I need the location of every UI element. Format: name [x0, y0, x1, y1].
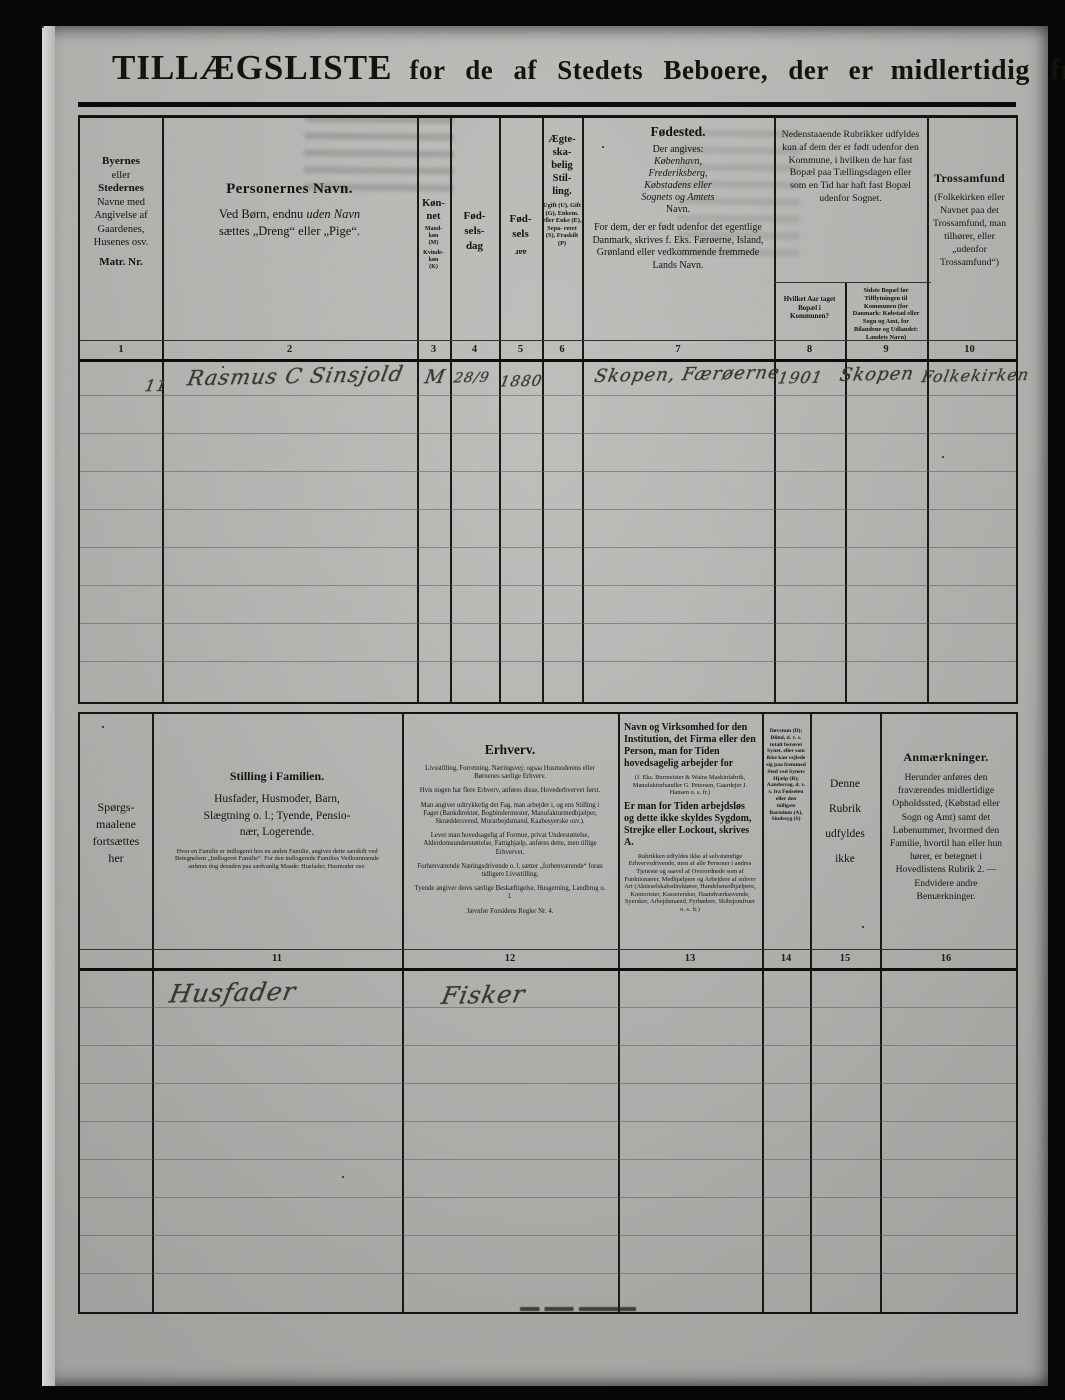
- col5-aar-rotated: aar: [515, 248, 527, 257]
- col8-subheader: Hvilket Aar taget Bopæl i Kommunen?: [774, 295, 845, 321]
- entry-name: Rasmus C Sinsjold: [185, 362, 405, 390]
- col13-paragraph: Er man for Tiden arbejdsløs og dette ikk…: [624, 801, 756, 849]
- col7-line: København,: [582, 156, 774, 168]
- entry-matr-nr: 11: [143, 376, 169, 395]
- col14-header: Døvstum (D); Blind, d. v. s. totalt berø…: [762, 728, 810, 823]
- col-number: 2: [162, 340, 417, 359]
- col12-paragraph: Lever man hovedsagelig af Formue, privat…: [414, 832, 606, 857]
- col3-sub: (K): [417, 264, 450, 271]
- col2-title: Personernes Navn.: [162, 181, 417, 198]
- col-number: 13: [618, 949, 762, 968]
- col7-line: Købstadens eller: [582, 180, 774, 192]
- column-numbers: 11 12 13 14 15 16: [80, 949, 1016, 968]
- page-title-mid: for de af Stedets Beboere, der er: [409, 55, 873, 85]
- col11-line: Slægtning o. l.; Tyende, Pensio-: [152, 808, 402, 825]
- col-number: 7: [582, 340, 774, 359]
- col-number: 11: [152, 949, 402, 968]
- col6-title: ling.: [542, 185, 582, 198]
- col-number: 14: [762, 949, 810, 968]
- col-number: 1: [80, 340, 162, 359]
- col13-paragraph: Navn og Virksomhed for den Institution, …: [624, 722, 756, 770]
- col12-paragraph: Man angiver udtrykkelig det Fag, man arb…: [414, 802, 606, 827]
- main-table: Byernes eller Stedernes Navne med Angive…: [78, 115, 1018, 704]
- col7-line: Frederiksberg,: [582, 168, 774, 180]
- col-number: 8: [774, 340, 845, 359]
- page-title-tail: midlertidig fraværende.: [891, 55, 1065, 86]
- col15-line: ikke: [810, 847, 880, 872]
- col10-header: Trossamfund (Folkekirken eller Navnet pa…: [927, 171, 1012, 269]
- col6-title: ska-: [542, 146, 582, 159]
- col7-title: Fødested.: [582, 124, 774, 140]
- col6-sub: Ugift (U), Gift (G), Enkem. eller Enke (…: [542, 202, 582, 248]
- col3-sub: køn: [417, 257, 450, 264]
- col11-title: Stilling i Familien.: [152, 769, 402, 784]
- col13-paragraph: (f. Eks. Burmeister & Wains Maskinfabrik…: [624, 774, 756, 797]
- col7-header: Fødested. Der angives: København, Freder…: [582, 124, 774, 272]
- col3-header: Køn- net Mand- køn (M) Kvinde- køn (K): [417, 197, 450, 271]
- col12-header: Erhverv. Livsstilling, Forretning, Nærin…: [402, 742, 618, 922]
- col5-header: Fød- sels aar: [499, 212, 542, 260]
- col1-line: eller: [80, 169, 162, 183]
- col9-subheader: Sidste Bopæl før Tilflytningen til Kommu…: [847, 287, 925, 342]
- col1-line: Gaardenes,: [80, 223, 162, 237]
- entry-birthday: 28/9: [452, 370, 491, 387]
- label-line: Spørgs-: [80, 799, 152, 816]
- col5-title: sels: [499, 227, 542, 242]
- col1-line: Husenes osv.: [80, 236, 162, 250]
- col-number-blank: [80, 949, 152, 968]
- continuation-table: Spørgs- maalene fortsættes her Stilling …: [78, 712, 1018, 1314]
- col2-subline: Ved Børn, endnu uden Navn: [162, 206, 417, 223]
- col2-subline-part: Ved Børn, endnu: [219, 207, 307, 221]
- entry-last-residence: Skopen: [838, 363, 916, 386]
- col10-sub: (Folkekirken eller Navnet paa det Trossa…: [927, 191, 1012, 269]
- col-number: 6: [542, 340, 582, 359]
- col16-title: Anmærkninger.: [889, 750, 1003, 765]
- col1-line: Matr. Nr.: [80, 256, 162, 270]
- group-8-9-split: [774, 282, 931, 283]
- col4-header: Fød- sels- dag: [450, 209, 499, 254]
- col16-header: Anmærkninger. Herunder anføres den fravæ…: [880, 750, 1012, 903]
- page-title: TILLÆGSLISTE for de af Stedets Beboere, …: [112, 48, 1042, 88]
- col3-title: net: [417, 210, 450, 223]
- page-left-edge: [42, 26, 55, 1386]
- entry-sex: M: [423, 366, 448, 388]
- printer-imprint: [520, 1307, 636, 1311]
- questions-continue-label: Spørgs- maalene fortsættes her: [80, 799, 152, 867]
- scanned-census-page: { "page": { "title_lead": "TILLÆGSLISTE"…: [0, 0, 1065, 1400]
- col-number: 15: [810, 949, 880, 968]
- entry-birthplace: Skopen, Færøerne: [593, 362, 782, 387]
- col1-line: Stedernes: [80, 182, 162, 196]
- col-number: 3: [417, 340, 450, 359]
- entry-occupation: Fisker: [439, 980, 528, 1010]
- column-numbers: 1 2 3 4 5 6 7 8 9 10: [80, 340, 1016, 359]
- col11-smallprint: Hvor en Familie er indlogeret hos en and…: [152, 848, 402, 871]
- label-line: her: [80, 850, 152, 867]
- col8-9-group-header: Nedenstaaende Rubrikker udfyldes kun af …: [774, 129, 927, 206]
- col2-subline-italic: uden Navn: [306, 207, 360, 221]
- col4-title: sels-: [450, 224, 499, 239]
- col-number: 5: [499, 340, 542, 359]
- col2-subline: sættes „Dreng“ eller „Pige“.: [162, 223, 417, 240]
- col12-paragraph: Hvis nogen har flere Erhverv, anføres di…: [414, 787, 606, 795]
- col-number: 10: [927, 340, 1012, 359]
- col12-paragraph: Forhenværende Næringsdrivende o. l. sætt…: [414, 863, 606, 879]
- col2-header: Personernes Navn. Ved Børn, endnu uden N…: [162, 181, 417, 240]
- col1-line: Navne med: [80, 196, 162, 210]
- header-body-rule: [80, 968, 1016, 971]
- col-number: 12: [402, 949, 618, 968]
- entry-year-moved: 1901: [776, 368, 825, 388]
- col12-title: Erhverv.: [414, 742, 606, 758]
- col15-line: Denne: [810, 772, 880, 797]
- col12-paragraph: Livsstilling, Forretning, Næringsvej; og…: [414, 765, 606, 781]
- col1-line: Angivelse af: [80, 209, 162, 223]
- col15-line: Rubrik: [810, 797, 880, 822]
- col6-title: Stil-: [542, 172, 582, 185]
- col1-line: Byernes: [80, 155, 162, 169]
- col-number: 4: [450, 340, 499, 359]
- entry-religion: Folkekirken: [920, 365, 1031, 386]
- col4-title: Fød-: [450, 209, 499, 224]
- col15-line: udfyldes: [810, 822, 880, 847]
- col-number: 9: [845, 340, 927, 359]
- col6-header: Ægte- ska- belig Stil- ling. Ugift (U), …: [542, 133, 582, 248]
- col15-header: Denne Rubrik udfyldes ikke: [810, 772, 880, 872]
- label-line: maalene: [80, 816, 152, 833]
- col7-paragraph: For dem, der er født udenfor det egentli…: [582, 222, 774, 272]
- col3-sub: køn: [417, 233, 450, 240]
- col3-title: Køn-: [417, 197, 450, 210]
- document-page: TILLÆGSLISTE for de af Stedets Beboere, …: [42, 26, 1048, 1386]
- col12-paragraph: Jævnfør Forsidens Regler Nr. 4.: [414, 908, 606, 916]
- col13-paragraph: Rubrikken udfyldes ikke af selvstændige …: [624, 853, 756, 914]
- entry-birthyear: 1880: [498, 372, 544, 391]
- col11-header: Stilling i Familien. Husfader, Husmoder,…: [152, 769, 402, 871]
- col1-header: Byernes eller Stedernes Navne med Angive…: [80, 155, 162, 269]
- col12-paragraph: Tyende angiver deres særlige Beskæftigel…: [414, 885, 606, 901]
- col7-line: Navn.: [582, 204, 774, 216]
- col3-sub: Kvinde-: [417, 250, 450, 257]
- col7-line: Sognets og Amtets: [582, 192, 774, 204]
- entry-rows: [80, 972, 1016, 1308]
- col16-body: Herunder anføres den fraværendes midlert…: [889, 771, 1003, 903]
- entry-rows: [80, 362, 1016, 698]
- col11-line: nær, Logerende.: [152, 824, 402, 841]
- scan-speckles: [42, 26, 44, 28]
- col4-title: dag: [450, 239, 499, 254]
- col6-title: Ægte-: [542, 133, 582, 146]
- col-number: 16: [880, 949, 1012, 968]
- col3-sub: Mand-: [417, 226, 450, 233]
- col10-title: Trossamfund: [927, 171, 1012, 186]
- label-line: fortsættes: [80, 833, 152, 850]
- col5-title: Fød-: [499, 212, 542, 227]
- col13-header: Navn og Virksomhed for den Institution, …: [618, 722, 762, 918]
- col7-line: Der angives:: [582, 144, 774, 156]
- entry-family-position: Husfader: [167, 977, 299, 1009]
- page-title-lead: TILLÆGSLISTE: [112, 48, 392, 87]
- col3-sub: (M): [417, 240, 450, 247]
- col11-line: Husfader, Husmoder, Barn,: [152, 791, 402, 808]
- col6-title: belig: [542, 159, 582, 172]
